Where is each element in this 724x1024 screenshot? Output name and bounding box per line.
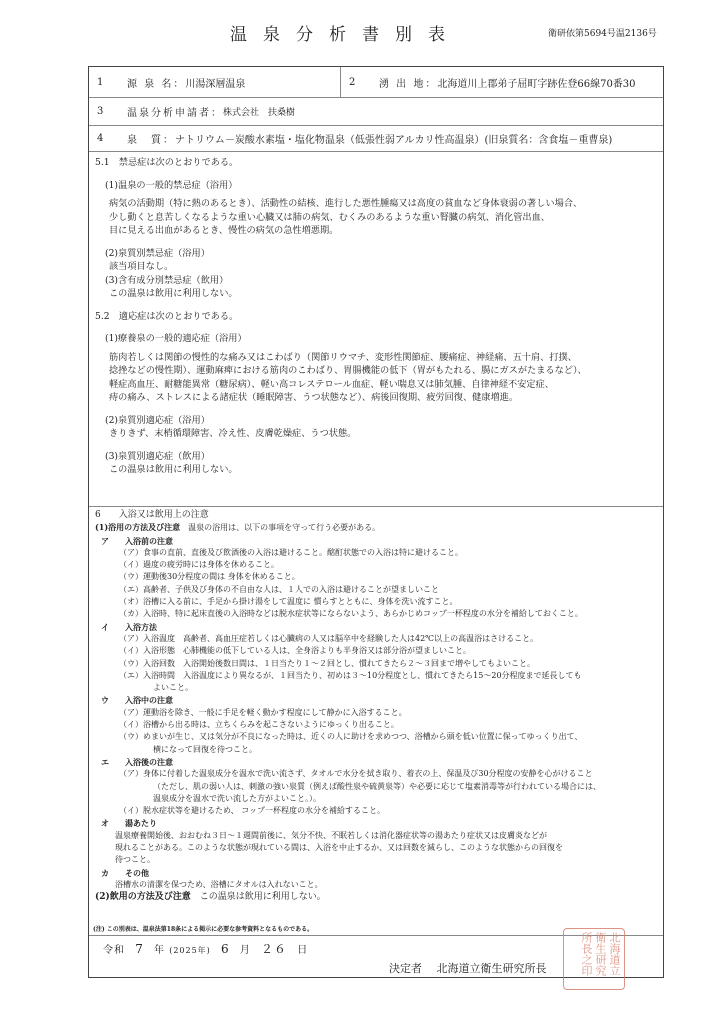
row-number: 3 <box>89 106 127 117</box>
bathing-method-subtitle: イ 入浴方法 <box>101 621 657 633</box>
text-line: 目に見える出血があるとき、慢性の病気の急性増悪期。 <box>109 224 657 238</box>
contraindications-heading: 5.1 禁忌症は次のとおりである。 <box>95 156 657 170</box>
list-item: （イ）脱水症状等を避けるため、 コップ一杯程度の水分を補給すること。 <box>119 805 657 817</box>
quality-label: 泉 質： <box>127 131 175 146</box>
section-precautions: 6 入浴又は飲用上の注意 (1)浴用の方法及び注意 温泉の浴用は、以下の事項を守… <box>89 507 663 936</box>
drinking-contraindications-title: (3)含有成分別禁忌症（飲用） <box>105 274 657 288</box>
document-title: 温泉分析書別表 <box>230 20 461 45</box>
text-line: 筋肉若しくは関節の慢性的な痛み又はこわばり（関節リウマチ、変形性関節症、腰痛症、… <box>109 351 657 365</box>
list-item: （ウ）めまいが生じ、又は気分が不良になった時は、近くの人に助けを求めつつ、浴槽か… <box>119 731 657 743</box>
row-number: 4 <box>89 133 127 144</box>
applicant-value: 株式会社 扶桑樹 <box>223 105 295 118</box>
date-year: 7 <box>135 942 144 956</box>
general-contraindications-title: (1)温泉の一般的禁忌症（浴用） <box>105 179 657 193</box>
applicant-label: 温泉分析申請者： <box>127 104 223 119</box>
location-label: 湧 出 地： <box>379 75 437 90</box>
list-item: （ア）運動浴を除き、一般に手足を軽く動かす程度にして静かに入浴すること。 <box>119 707 657 719</box>
indications-heading: 5.2 適応症は次のとおりである。 <box>95 310 657 324</box>
during-bath-title: ウ 入浴中の注意 <box>101 694 657 706</box>
date-month: 6 <box>221 942 230 956</box>
section-indications: 5.1 禁忌症は次のとおりである。 (1)温泉の一般的禁忌症（浴用） 病気の活動… <box>89 152 663 507</box>
list-item: （ア）身体に付着した温泉成分を温水で洗い流さず、タオルで水分を拭き取り、着衣の上… <box>119 768 657 780</box>
row-source: 1 源 泉 名： 川湯深層温泉 2 湧 出 地： 北海道川上郡弟子屈町字跡佐登6… <box>89 67 663 98</box>
list-item-continuation: 横になって回復を待つこと。 <box>153 744 657 756</box>
row-applicant: 3 温泉分析申請者： 株式会社 扶桑樹 <box>89 98 663 126</box>
text-line: この温泉は飲用に利用しない。 <box>109 287 657 301</box>
text-line: きりきず、末梢循環障害、冷え性、皮膚乾燥症、うつ状態。 <box>109 427 657 441</box>
location-value: 北海道川上郡弟子屈町字跡佐登66線70番30 <box>437 75 635 90</box>
text-line: 捻挫などの慢性期）、運動麻痺における筋肉のこわばり、胃腸機能の低下（胃がもたれる… <box>109 364 657 378</box>
footnote: (注) この別表は、温泉法第18条による掲示に必要な参考資料となるものである。 <box>93 924 313 933</box>
bathing-method-intro: 温泉の浴用は、以下の事項を守って行う必要がある。 <box>188 523 380 532</box>
drinking-method-title: (2)飲用の方法及び注意 <box>95 892 191 902</box>
list-item: （ウ）入浴回数 入浴開始後数日間は、１日当たり１～２回とし、慣れてきたら２～３回… <box>119 658 657 670</box>
text-line: 温泉療養開始後、おおむね３日～１週間前後に、気分不快、不眠若しくは消化器症状等の… <box>115 830 657 842</box>
text-line: 軽症高血圧、耐糖能異常（糖尿病）、軽い高コレステロール血症、軽い喘息又は肺気腫、… <box>109 378 657 392</box>
list-item: （イ）過度の疲労時には身体を休めること。 <box>119 559 657 571</box>
list-item-continuation: （ただし、肌の弱い人は、刺激の強い泉質（例えば酸性泉や硫黄泉等）や必要に応じて塩… <box>153 781 657 793</box>
precautions-heading: 6 入浴又は飲用上の注意 <box>95 509 657 521</box>
text-line: この温泉は飲用に利用しない。 <box>109 463 657 477</box>
before-bath-title: ア 入浴前の注意 <box>101 535 657 547</box>
list-item: （エ）入浴時間 入浴温度により異なるが、１回当たり、初めは３～10分程度とし、慣… <box>119 670 657 682</box>
general-indications-title: (1)療養泉の一般的適応症（浴用） <box>105 332 657 346</box>
list-item-continuation: 温泉成分を温水で洗い流した方がよいこと。）。 <box>153 793 657 805</box>
list-item: （エ）高齢者、子供及び身体の不自由な人は、１人での入浴は避けることが望ましいこと <box>119 584 657 596</box>
yuatari-title: オ 湯あたり <box>101 817 657 829</box>
list-item: （ウ）運動後30分程度の間は 身体を休めること。 <box>119 571 657 583</box>
drinking-method-body: この温泉は飲用に利用しない。 <box>200 892 326 902</box>
signer-name: 北海道立衛生研究所長 <box>437 962 547 975</box>
text-line: 浴槽水の清潔を保つため、浴槽にタオルは入れないこと。 <box>115 879 657 891</box>
row-number: 1 <box>89 77 127 88</box>
list-item: （イ）入浴形態 心肺機能の低下している人は、全身浴よりも半身浴又は部分浴が望まし… <box>119 645 657 657</box>
drinking-indications-title: (3)泉質別適応症（飲用） <box>105 450 657 464</box>
source-name-value: 川湯深層温泉 <box>185 75 245 90</box>
date-era: 令和 <box>103 945 125 956</box>
text-line: 現れることがある。このような状態が現れている間は、入浴を中止するか、又は回数を減… <box>115 842 657 854</box>
bathing-method-title: (1)浴用の方法及び注意 <box>95 522 180 532</box>
issue-date: 令和 7 年 (2025年) 6 月 ２６ 日 <box>103 940 308 957</box>
after-bath-title: エ 入浴後の注意 <box>101 756 657 768</box>
quality-contraindications-title: (2)泉質別禁忌症（浴用） <box>105 247 657 261</box>
text-line: 痔の痛み、ストレスによる諸症状（睡眠障害、うつ状態など）、病後回復期、疲労回復、… <box>109 391 657 405</box>
analysis-table: 1 源 泉 名： 川湯深層温泉 2 湧 出 地： 北海道川上郡弟子屈町字跡佐登6… <box>88 66 664 978</box>
source-name-label: 源 泉 名： <box>127 75 185 90</box>
list-item: （ア）入浴温度 高齢者、高血圧症若しくは心臓病の人又は脳卒中を経験した人は42℃… <box>119 633 657 645</box>
row-number: 2 <box>341 77 379 88</box>
text-line: 該当項目なし。 <box>109 260 657 274</box>
date-western: (2025年) <box>169 946 211 955</box>
text-line: 病気の活動期（特に熱のあるとき）、活動性の結核、進行した悪性腫瘍又は高度の貧血な… <box>109 197 657 211</box>
signer: 決定者 北海道立衛生研究所長 <box>389 960 547 976</box>
date-year-label: 年 <box>154 945 165 956</box>
text-line: 少し動くと息苦しくなるような重い心臓又は肺の病気、むくみのあるような重い腎臓の病… <box>109 211 657 225</box>
text-line: 待つこと。 <box>115 854 657 866</box>
list-item: （カ）入浴時、特に起床直後の入浴時などは脱水症状等にならないよう、あらかじめコッ… <box>119 608 657 620</box>
document-number: 衛研依第5694号温2136号 <box>548 26 657 39</box>
list-item: （イ）浴槽から出る時は、立ちくらみを起こさないようにゆっくり出ること。 <box>119 719 657 731</box>
list-item: （ア）食事の直前、直後及び飲酒後の入浴は避けること。酩酊状態での入浴は特に避ける… <box>119 547 657 559</box>
date-month-label: 月 <box>240 945 251 956</box>
signer-label: 決定者 <box>389 962 422 975</box>
row-spring-quality: 4 泉 質： ナトリウム－炭酸水素塩・塩化物温泉（低張性弱アルカリ性高温泉）(旧… <box>89 126 663 152</box>
date-day-label: 日 <box>297 945 308 956</box>
other-title: カ その他 <box>101 867 657 879</box>
quality-value: ナトリウム－炭酸水素塩・塩化物温泉（低張性弱アルカリ性高温泉）(旧泉質名：含食塩… <box>175 131 612 146</box>
list-item: （オ）浴槽に入る前に、手足から掛け湯をして温度に 慣らすとともに、身体を洗い流す… <box>119 596 657 608</box>
date-day: ２６ <box>261 942 287 956</box>
quality-indications-title: (2)泉質別適応症（浴用） <box>105 414 657 428</box>
official-seal-stamp: 北海道立衛生研究所長之印 <box>563 928 625 990</box>
list-item-continuation: よいこと。 <box>153 682 657 694</box>
